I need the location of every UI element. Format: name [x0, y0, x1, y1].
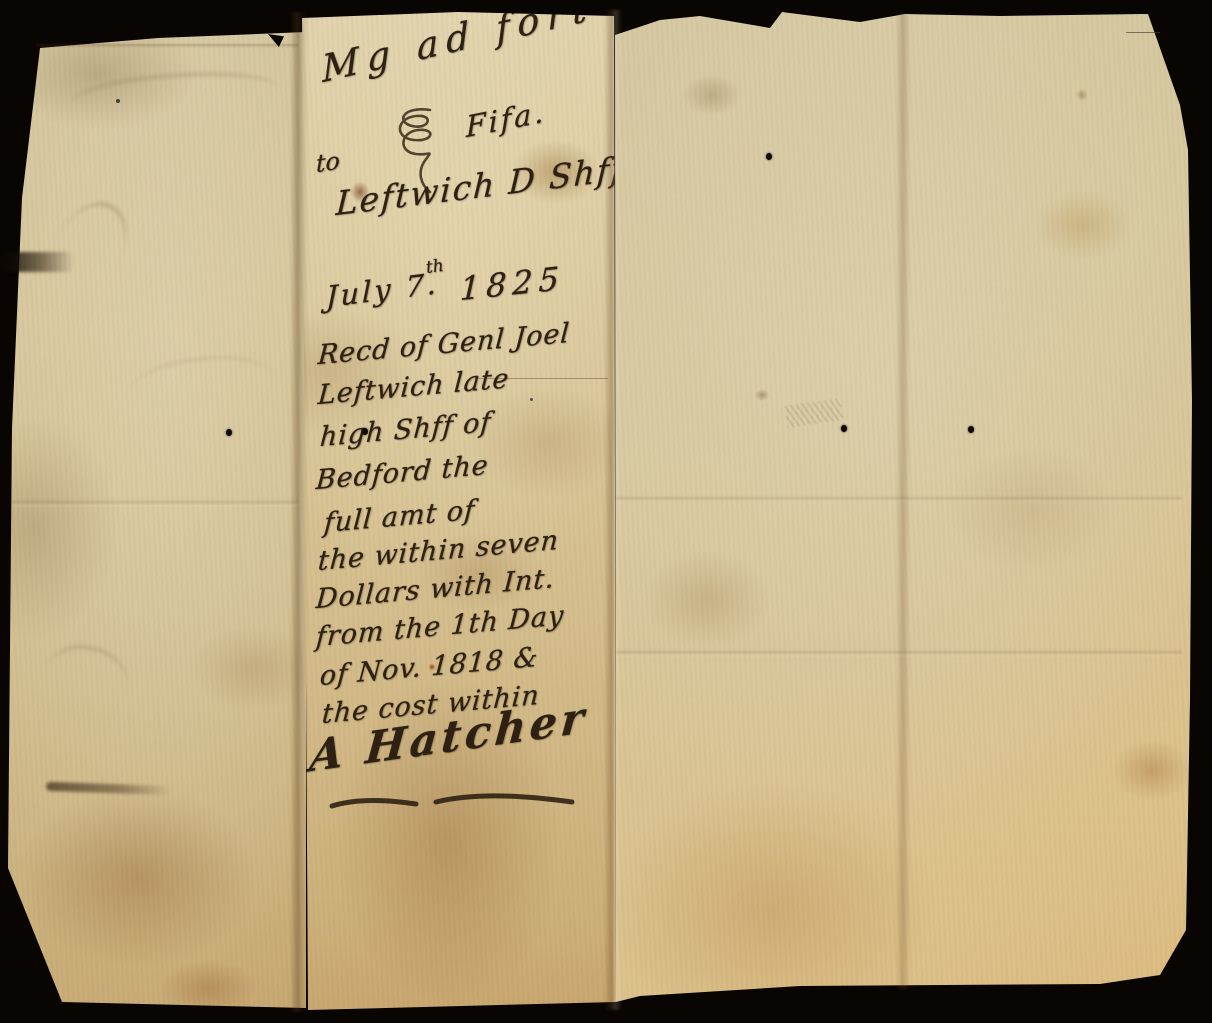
bleed-through-ink [29, 636, 140, 745]
pinhole [226, 429, 232, 436]
pinhole [841, 425, 847, 432]
pinhole [362, 428, 368, 435]
docket-to-label: to [316, 147, 340, 179]
docket-writ: Fifa. [466, 94, 547, 144]
docket-line-1: Mg ad fort [321, 0, 595, 91]
paper-stains-left [8, 28, 306, 1010]
paper-speck [530, 398, 533, 401]
receipt-date-superscript: th [425, 256, 445, 278]
edge-smudge [0, 252, 74, 272]
pinhole [766, 153, 772, 160]
bleed-through-ink [69, 67, 282, 129]
receipt-body-line: Bedford the [315, 450, 490, 496]
receipt-body-line: Recd of Genl Joel [317, 318, 571, 371]
horizontal-crease-top [36, 44, 298, 48]
receipt-date-year: 1825 [459, 259, 565, 308]
scanner-background: Mg ad fort to Fifa. Leftwich D Shff July… [0, 0, 1212, 1023]
pinhole [968, 426, 974, 433]
receipt-body-line: high Shff of [319, 407, 493, 453]
pencil-mark [1126, 32, 1160, 33]
receipt-body-line: full amt of [323, 495, 476, 540]
receipt-body-line: Leftwich late [317, 363, 511, 411]
signature-flourish [328, 788, 578, 814]
paper-speck [116, 99, 120, 103]
middle-fold-panel: Mg ad fort to Fifa. Leftwich D Shff July… [298, 12, 616, 1014]
paper-stains-right [612, 10, 1196, 1004]
docket-name: Leftwich D Shff [335, 148, 626, 223]
left-fold-panel [8, 28, 306, 1010]
right-fold-panel [612, 10, 1196, 1004]
receipt-date-day: July 7. [326, 266, 440, 314]
bleed-through-ink [125, 350, 281, 427]
